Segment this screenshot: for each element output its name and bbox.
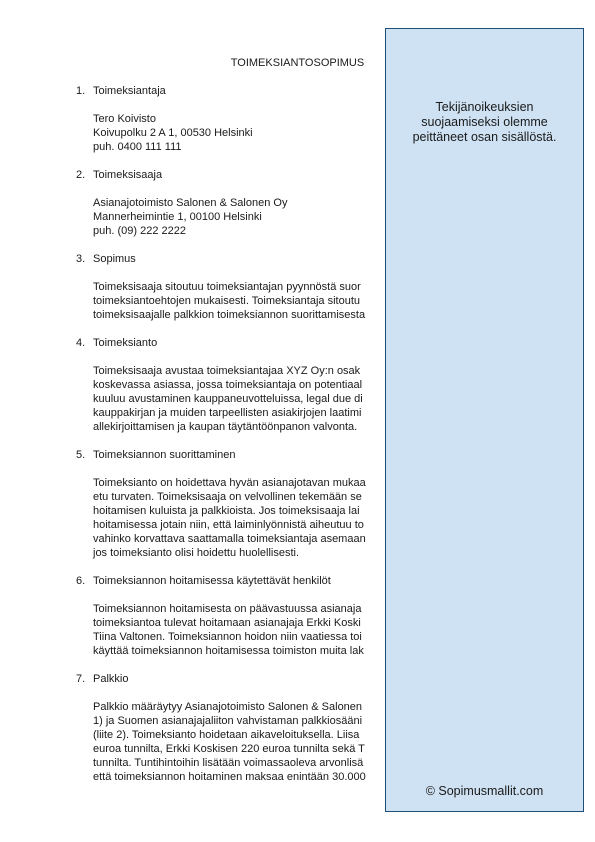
section-title: Toimeksiannon hoitamisessa käytettävät h… — [93, 575, 331, 587]
section-title: Toimeksisaaja — [93, 169, 162, 181]
section-title: Toimeksianto — [93, 337, 157, 349]
notice-line: peittäneet osan sisällöstä. — [386, 130, 583, 145]
section-number: 4. — [76, 336, 85, 350]
section-number: 1. — [76, 84, 85, 98]
copyright-notice: Tekijänoikeuksien suojaamiseksi olemme p… — [386, 100, 583, 145]
section-number: 2. — [76, 168, 85, 182]
section-title: Toimeksiantaja — [93, 85, 166, 97]
section-number: 7. — [76, 672, 85, 686]
notice-line: Tekijänoikeuksien — [386, 100, 583, 115]
document-page: TOIMEKSIANTOSOPIMUS 1. Toimeksiantaja Te… — [0, 0, 595, 842]
copyright-cover-box: Tekijänoikeuksien suojaamiseksi olemme p… — [385, 28, 584, 812]
section-title: Palkkio — [93, 673, 128, 685]
section-number: 5. — [76, 448, 85, 462]
section-number: 3. — [76, 252, 85, 266]
section-title: Sopimus — [93, 253, 136, 265]
section-number: 6. — [76, 574, 85, 588]
section-title: Toimeksiannon suorittaminen — [93, 449, 235, 461]
notice-line: suojaamiseksi olemme — [386, 115, 583, 130]
copyright-text: © Sopimusmallit.com — [386, 784, 583, 799]
